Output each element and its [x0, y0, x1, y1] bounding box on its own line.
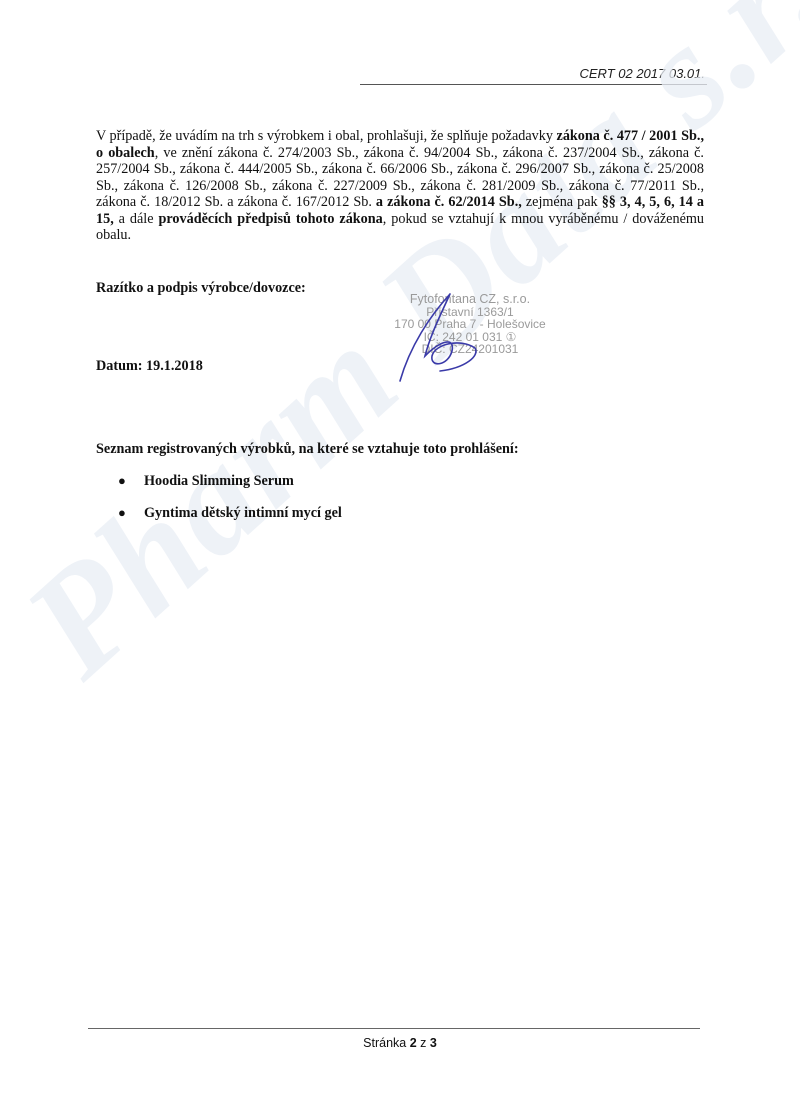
- declaration-paragraph: V případě, že uvádím na trh s výrobkem i…: [96, 128, 704, 244]
- products-title: Seznam registrovaných výrobků, na které …: [96, 441, 519, 458]
- footer-divider: [88, 1028, 700, 1029]
- document-reference: CERT 02 2017 03.01.: [579, 66, 705, 81]
- date-label: Datum: 19.1.2018: [96, 358, 203, 375]
- list-item: ●Gyntima dětský intimní mycí gel: [118, 505, 342, 537]
- bullet-icon: ●: [118, 505, 126, 521]
- list-item: ●Hoodia Slimming Serum: [118, 473, 342, 505]
- page-number: Stránka 2 z 3: [0, 1036, 800, 1050]
- header-divider: [360, 84, 707, 85]
- handwritten-signature-icon: [380, 286, 510, 386]
- signature-label: Razítko a podpis výrobce/dovozce:: [96, 280, 306, 297]
- product-list: ●Hoodia Slimming Serum ●Gyntima dětský i…: [118, 473, 342, 537]
- bullet-icon: ●: [118, 473, 126, 489]
